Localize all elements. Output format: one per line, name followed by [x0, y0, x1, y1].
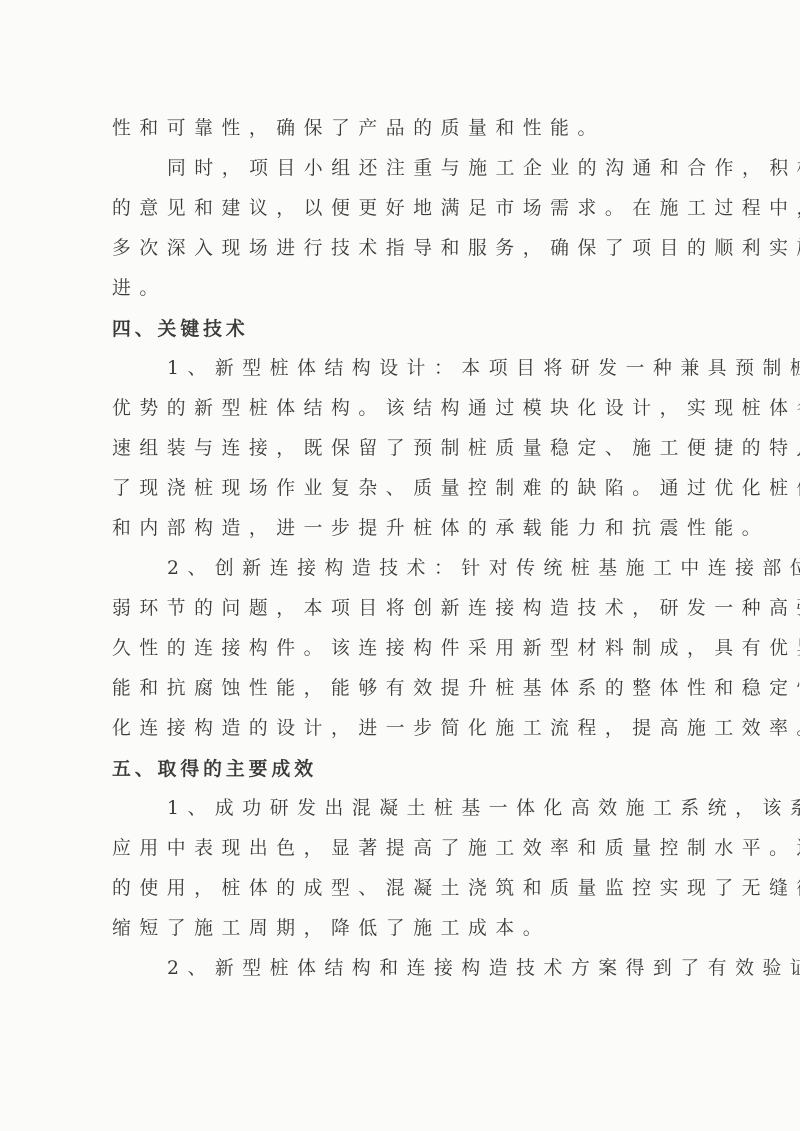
text-line: 和内部构造，进一步提升桩体的承载能力和抗震性能。	[112, 513, 692, 553]
document-page: 性和可靠性，确保了产品的质量和性能。 同时，项目小组还注重与施工企业的沟通和合作…	[112, 113, 692, 993]
text-line: 了现浇桩现场作业复杂、质量控制难的缺陷。通过优化桩体截面形状	[112, 473, 692, 513]
text-line: 同时，项目小组还注重与施工企业的沟通和合作，积极听取他们	[112, 153, 692, 193]
text-line: 性和可靠性，确保了产品的质量和性能。	[112, 113, 692, 153]
text-line: 进。	[112, 273, 692, 313]
text-line: 弱环节的问题，本项目将创新连接构造技术，研发一种高强度、高耐	[112, 593, 692, 633]
text-line: 的使用，桩体的成型、混凝土浇筑和质量监控实现了无缝衔接，大大	[112, 873, 692, 913]
section-heading-main-results: 五、取得的主要成效	[112, 753, 692, 793]
text-line: 2、创新连接构造技术：针对传统桩基施工中连接部位易成为薄	[112, 553, 692, 593]
text-line: 的意见和建议，以便更好地满足市场需求。在施工过程中，小组成员	[112, 193, 692, 233]
text-line: 多次深入现场进行技术指导和服务，确保了项目的顺利实施和高效推	[112, 233, 692, 273]
text-line: 缩短了施工周期，降低了施工成本。	[112, 913, 692, 953]
text-line: 能和抗腐蚀性能，能够有效提升桩基体系的整体性和稳定性。通过优	[112, 673, 692, 713]
text-line: 1、新型桩体结构设计：本项目将研发一种兼具预制桩与现浇桩	[112, 353, 692, 393]
text-line: 速组装与连接，既保留了预制桩质量稳定、施工便捷的特点，又克服	[112, 433, 692, 473]
text-line: 应用中表现出色，显著提高了施工效率和质量控制水平。通过该系统	[112, 833, 692, 873]
text-line: 2、新型桩体结构和连接构造技术方案得到了有效验证。在实际	[112, 953, 692, 993]
text-line: 化连接构造的设计，进一步简化施工流程，提高施工效率。	[112, 713, 692, 753]
text-line: 1、成功研发出混凝土桩基一体化高效施工系统，该系统在实际	[112, 793, 692, 833]
text-line: 优势的新型桩体结构。该结构通过模块化设计，实现桩体各部分的快	[112, 393, 692, 433]
section-heading-key-technology: 四、关键技术	[112, 313, 692, 353]
text-line: 久性的连接构件。该连接构件采用新型材料制成，具有优异的力学性	[112, 633, 692, 673]
